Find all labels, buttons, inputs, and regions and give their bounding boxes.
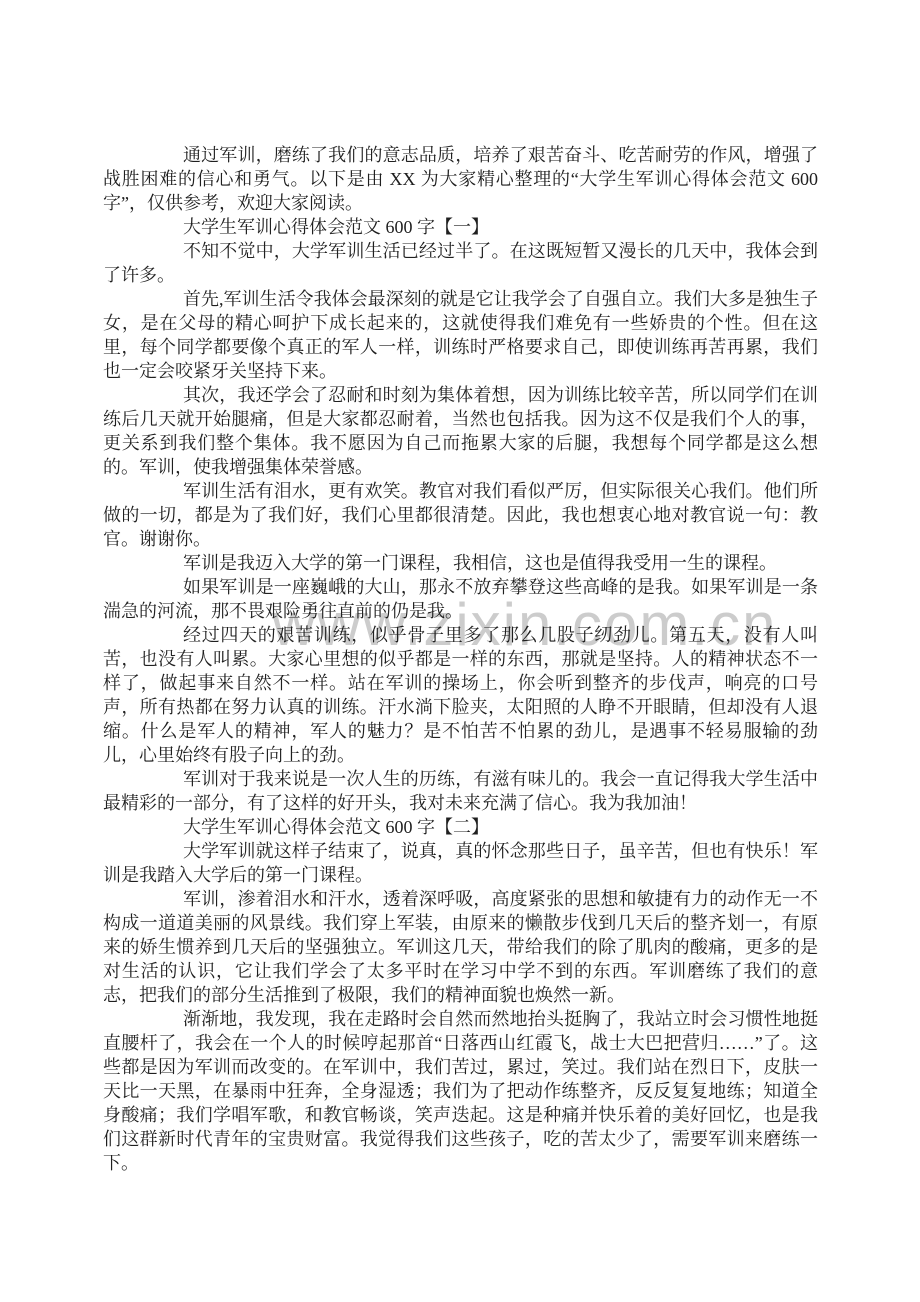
paragraph: 大学生军训心得体会范文 600 字【二】	[103, 815, 818, 839]
paragraph: 渐渐地，我发现，我在走路时会自然而然地抬头挺胸了，我站立时会习惯性地挺直腰杆了，…	[103, 1007, 818, 1175]
paragraph: 军训是我迈入大学的第一门课程，我相信，这也是值得我受用一生的课程。	[103, 551, 818, 575]
paragraph: 如果军训是一座巍峨的大山，那永不放弃攀登这些高峰的是我。如果军训是一条湍急的河流…	[103, 575, 818, 623]
paragraph: 通过军训，磨练了我们的意志品质，培养了艰苦奋斗、吃苦耐劳的作风，增强了战胜困难的…	[103, 143, 818, 215]
paragraph: 军训生活有泪水，更有欢笑。教官对我们看似严厉，但实际很关心我们。他们所做的一切，…	[103, 479, 818, 551]
paragraph: 大学军训就这样子结束了，说真，真的怀念那些日子，虽辛苦，但也有快乐！军训是我踏入…	[103, 839, 818, 887]
paragraph: 经过四天的艰苦训练，似乎骨子里多了那么几股子纫劲儿。第五天，没有人叫苦，也没有人…	[103, 623, 818, 767]
paragraph: 军训对于我来说是一次人生的历练，有滋有味儿的。我会一直记得我大学生活中最精彩的一…	[103, 767, 818, 815]
paragraph: 首先,军训生活令我体会最深刻的就是它让我学会了自强自立。我们大多是独生子女，是在…	[103, 287, 818, 383]
document-content: 通过军训，磨练了我们的意志品质，培养了艰苦奋斗、吃苦耐劳的作风，增强了战胜困难的…	[103, 143, 818, 1175]
document-page: www.zixin.com.cn 通过军训，磨练了我们的意志品质，培养了艰苦奋斗…	[0, 0, 920, 1302]
paragraph: 其次，我还学会了忍耐和时刻为集体着想，因为训练比较辛苦，所以同学们在训练后几天就…	[103, 383, 818, 479]
paragraph: 不知不觉中，大学军训生活已经过半了。在这既短暂又漫长的几天中，我体会到了许多。	[103, 239, 818, 287]
paragraph: 军训，渗着泪水和汗水，透着深呼吸，高度紧张的思想和敏捷有力的动作无一不构成一道道…	[103, 887, 818, 1007]
paragraph: 大学生军训心得体会范文 600 字【一】	[103, 215, 818, 239]
